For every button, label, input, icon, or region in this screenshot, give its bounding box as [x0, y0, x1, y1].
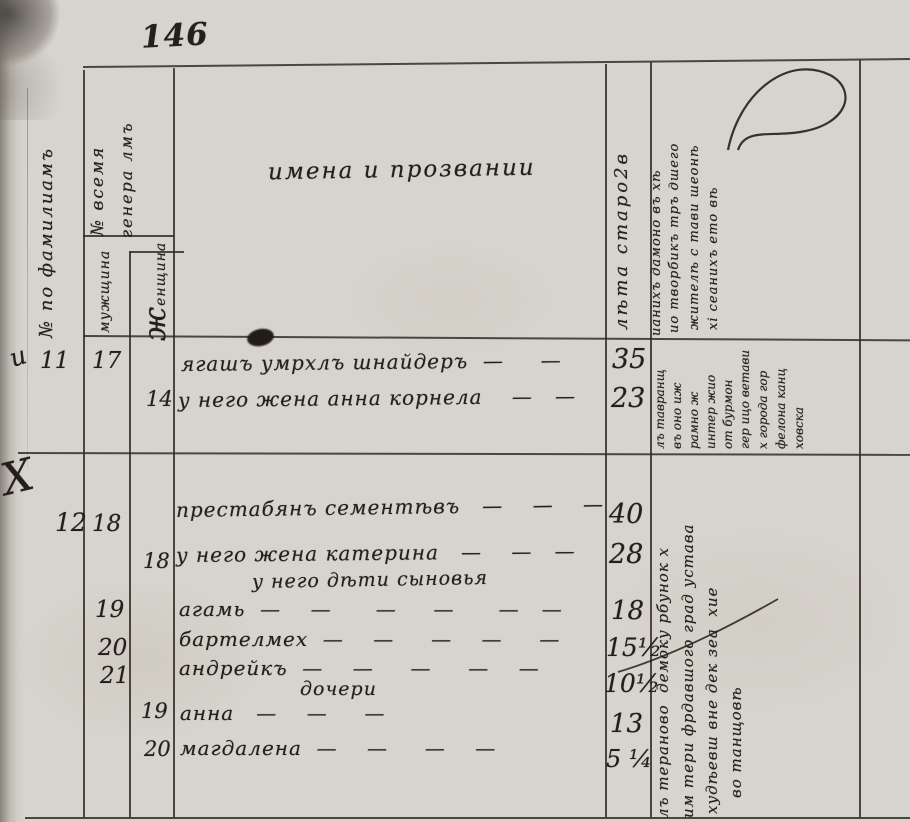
scanned-census-page: 146 № по фамилиамъ № всемя генера лмъ му… [0, 0, 910, 822]
remark-underline-swash [0, 0, 910, 822]
